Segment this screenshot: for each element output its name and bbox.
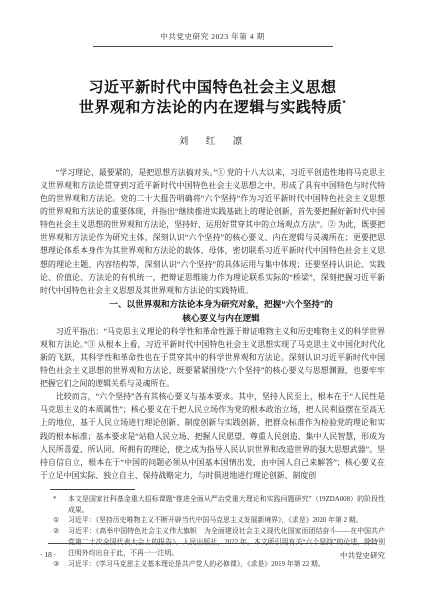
journal-page: 中共党史研究 2023 年第 4 期 习近平新时代中国特色社会主义思想 世界观和…: [0, 0, 423, 599]
footer-journal-name: 中共党史研究: [340, 550, 385, 561]
footnote-marker: ③: [53, 560, 68, 571]
footer-row: · 18 · 中共党史研究: [40, 550, 385, 561]
article-title-line-2: 世界观和方法论的内在逻辑与实践特质*: [40, 98, 385, 118]
section-heading-line-2: 核心要义与内在逻辑: [40, 311, 385, 325]
article-title-line-2-text: 世界观和方法论的内在逻辑与实践特质: [79, 99, 343, 116]
article-title-line-1: 习近平新时代中国特色社会主义思想: [40, 78, 385, 98]
section-heading-line-1: 一、以世界观和方法论本身为研究对象，把握“六个坚持”的: [40, 297, 385, 311]
page-number: · 18 ·: [40, 550, 56, 561]
footnote-marker: *: [53, 495, 68, 517]
author-name: 刘 红 凛: [40, 133, 385, 147]
footnote-marker: ①: [53, 516, 68, 527]
article-body: “学习理论，最要紧的，是把思想方法搞对头。”① 党的十八大以来，习近平创造性地将…: [40, 166, 385, 482]
header-divider: [93, 46, 333, 47]
paragraph: “学习理论，最要紧的，是把思想方法搞对头。”① 党的十八大以来，习近平创造性地将…: [40, 166, 385, 297]
footnote-text: 本文是国家社科基金重大招标课题“推进全面从严治党重大理论和实践问题研究”（19Z…: [68, 495, 385, 517]
footnote-item: ① 习近平：《坚持历史唯物主义不断开辟当代中国马克思主义发展新境界》，《求是》2…: [53, 516, 385, 527]
paragraph: 习近平指出：“马克思主义理论的科学性和革命性源于辩证唯物主义和历史唯物主义的科学…: [40, 325, 385, 390]
page-content: 中共党史研究 2023 年第 4 期 习近平新时代中国特色社会主义思想 世界观和…: [40, 0, 385, 570]
title-footnote-marker: *: [342, 99, 346, 108]
footnote-item: ③ 习近平：《学习马克思主义基本理论是共产党人的必修课》，《求是》2019 年第…: [53, 560, 385, 571]
footnote-text: 习近平：《坚持历史唯物主义不断开辟当代中国马克思主义发展新境界》，《求是》202…: [68, 516, 385, 527]
paragraph: 比较而言，“六个坚持”各有其核心要义与基本要求。其中，坚持人民至上，根本在于“人…: [40, 390, 385, 482]
journal-header: 中共党史研究 2023 年第 4 期: [40, 0, 385, 42]
page-footer: · 18 · 中共党史研究: [40, 543, 385, 561]
footnote-text: 习近平：《学习马克思主义基本理论是共产党人的必修课》，《求是》2019 年第 2…: [68, 560, 385, 571]
footer-divider: [48, 543, 377, 544]
article-title: 习近平新时代中国特色社会主义思想 世界观和方法论的内在逻辑与实践特质*: [40, 78, 385, 118]
footnote-item: * 本文是国家社科基金重大招标课题“推进全面从严治党重大理论和实践问题研究”（1…: [53, 495, 385, 517]
footnote-separator: [50, 489, 135, 490]
